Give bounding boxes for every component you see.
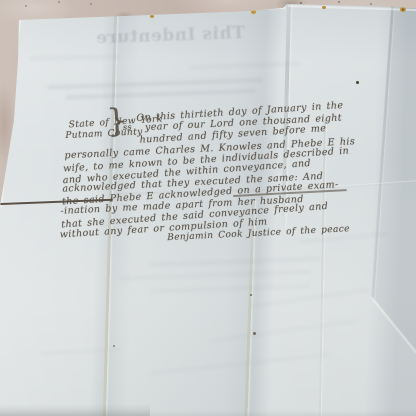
- brace-flourish: }: [106, 104, 129, 137]
- document-paper: This Indenture State of New York Putnam …: [0, 0, 416, 416]
- ink-speck: [113, 345, 115, 347]
- ghost-text-line: [210, 319, 359, 343]
- ghost-text-line: [150, 353, 329, 375]
- foxing-spot: [150, 15, 154, 18]
- ghost-text-line: [150, 257, 320, 266]
- handwritten-acknowledgment: State of New York Putnam County } ss On …: [52, 95, 372, 262]
- ghost-text-line: [66, 89, 256, 99]
- ghost-text-line: [40, 348, 120, 355]
- photo-scene: This Indenture State of New York Putnam …: [0, 0, 416, 416]
- ghost-text-line: [250, 288, 369, 308]
- ink-speck: [250, 294, 252, 296]
- ss-abbreviation: ss: [123, 124, 132, 132]
- foxing-spot: [400, 7, 406, 12]
- ghost-heading-showthrough: This Indenture: [130, 23, 246, 51]
- paper-left-edge-highlight: [0, 20, 20, 207]
- bottom-shadow-wide: [0, 410, 416, 416]
- marble-specks: [0, 0, 2, 2]
- ghost-text-line: [120, 270, 310, 280]
- ghost-text-line: [30, 55, 120, 60]
- foxing-spot: [322, 6, 326, 9]
- paper-top-edge-highlight-right: [288, 5, 416, 11]
- foxing-spot: [251, 10, 256, 14]
- ghost-text-line: [48, 78, 263, 89]
- ink-speck: [356, 81, 359, 84]
- ghost-text-line: [190, 62, 300, 69]
- ghost-text-line: [150, 284, 310, 293]
